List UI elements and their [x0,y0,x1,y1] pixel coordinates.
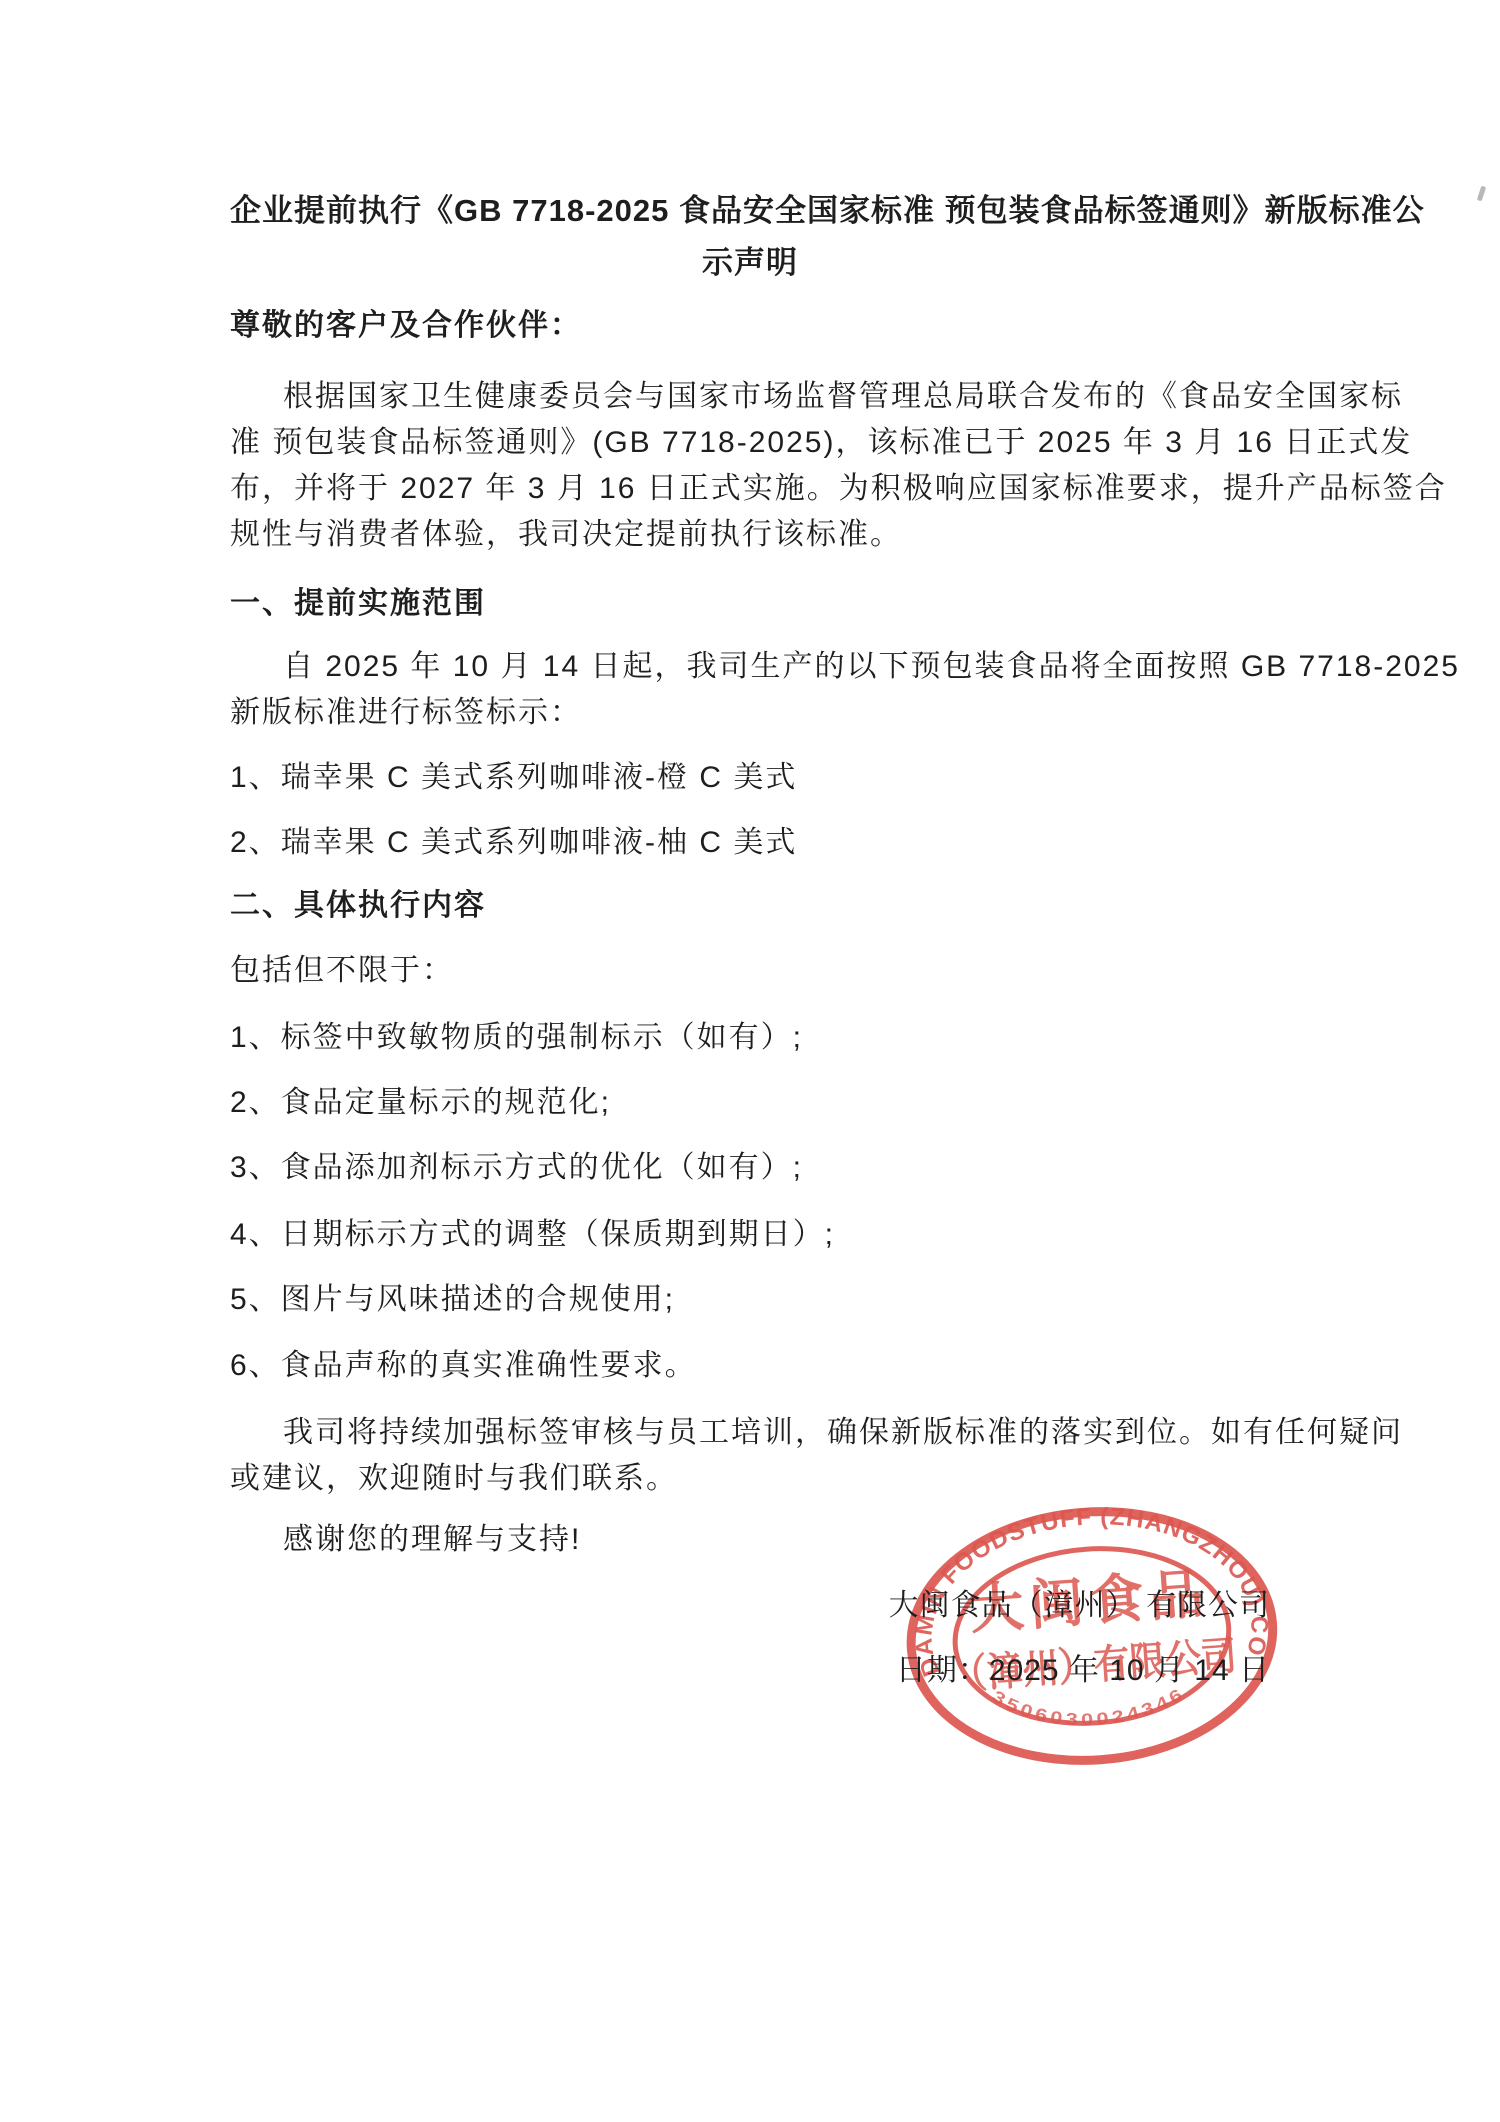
section1-heading: 一、提前实施范围 [230,581,1270,627]
section2-heading: 二、具体执行内容 [230,883,1270,929]
paragraph-line: 准 预包装食品标签通则》(GB 7718-2025)，该标准已于 2025 年 … [230,420,1270,466]
section1-paragraph: 自 2025 年 10 月 14 日起，我司生产的以下预包装食品将全面按照 GB… [230,644,1270,736]
thanks-line: 感谢您的理解与支持! [230,1517,1270,1563]
signature-date: 日期：2025 年 10 月 14 日 [230,1648,1270,1694]
intro-paragraph: 根据国家卫生健康委员会与国家市场监督管理总局联合发布的《食品安全国家标 准 预包… [230,374,1270,558]
section2-intro: 包括但不限于： [230,948,1270,994]
greeting: 尊敬的客户及合作伙伴： [230,303,1270,349]
paragraph-line: 规性与消费者体验，我司决定提前执行该标准。 [230,512,1270,558]
paragraph-line: 或建议，欢迎随时与我们联系。 [230,1456,1270,1502]
signature-company-name: 大闽食品（漳州） 有限公司 [230,1583,1270,1629]
scanned-document-page: DAMIN FOODSTUFF (ZHANGZHOU) CO.,LTD. 350… [0,0,1500,2122]
list-item: 3、食品添加剂标示方式的优化（如有）; [230,1145,1270,1191]
list-item: 6、食品声称的真实准确性要求。 [230,1343,1270,1389]
title-line-1: 企业提前执行《GB 7718-2025 食品安全国家标准 预包装食品标签通则》新… [230,185,1270,237]
paragraph-line: 根据国家卫生健康委员会与国家市场监督管理总局联合发布的《食品安全国家标 [230,374,1270,420]
title-line-2: 示声明 [230,237,1270,289]
paragraph-line: 布，并将于 2027 年 3 月 16 日正式实施。为积极响应国家标准要求，提升… [230,466,1270,512]
list-item: 2、食品定量标示的规范化; [230,1080,1270,1126]
document-body: 企业提前执行《GB 7718-2025 食品安全国家标准 预包装食品标签通则》新… [0,0,1500,1694]
closing-paragraph: 我司将持续加强标签审核与员工培训，确保新版标准的落实到位。如有任何疑问 或建议，… [230,1410,1270,1502]
list-item: 1、标签中致敏物质的强制标示（如有）; [230,1015,1270,1061]
document-title: 企业提前执行《GB 7718-2025 食品安全国家标准 预包装食品标签通则》新… [230,0,1270,289]
product-list-item: 1、瑞幸果 C 美式系列咖啡液-橙 C 美式 [230,755,1270,801]
product-list-item: 2、瑞幸果 C 美式系列咖啡液-柚 C 美式 [230,820,1270,866]
paragraph-line: 新版标准进行标签标示： [230,690,1270,736]
list-item: 4、日期标示方式的调整（保质期到期日）; [230,1212,1270,1258]
list-item: 5、图片与风味描述的合规使用; [230,1277,1270,1323]
paragraph-line: 我司将持续加强标签审核与员工培训，确保新版标准的落实到位。如有任何疑问 [230,1410,1270,1456]
paragraph-line: 自 2025 年 10 月 14 日起，我司生产的以下预包装食品将全面按照 GB… [230,644,1270,690]
